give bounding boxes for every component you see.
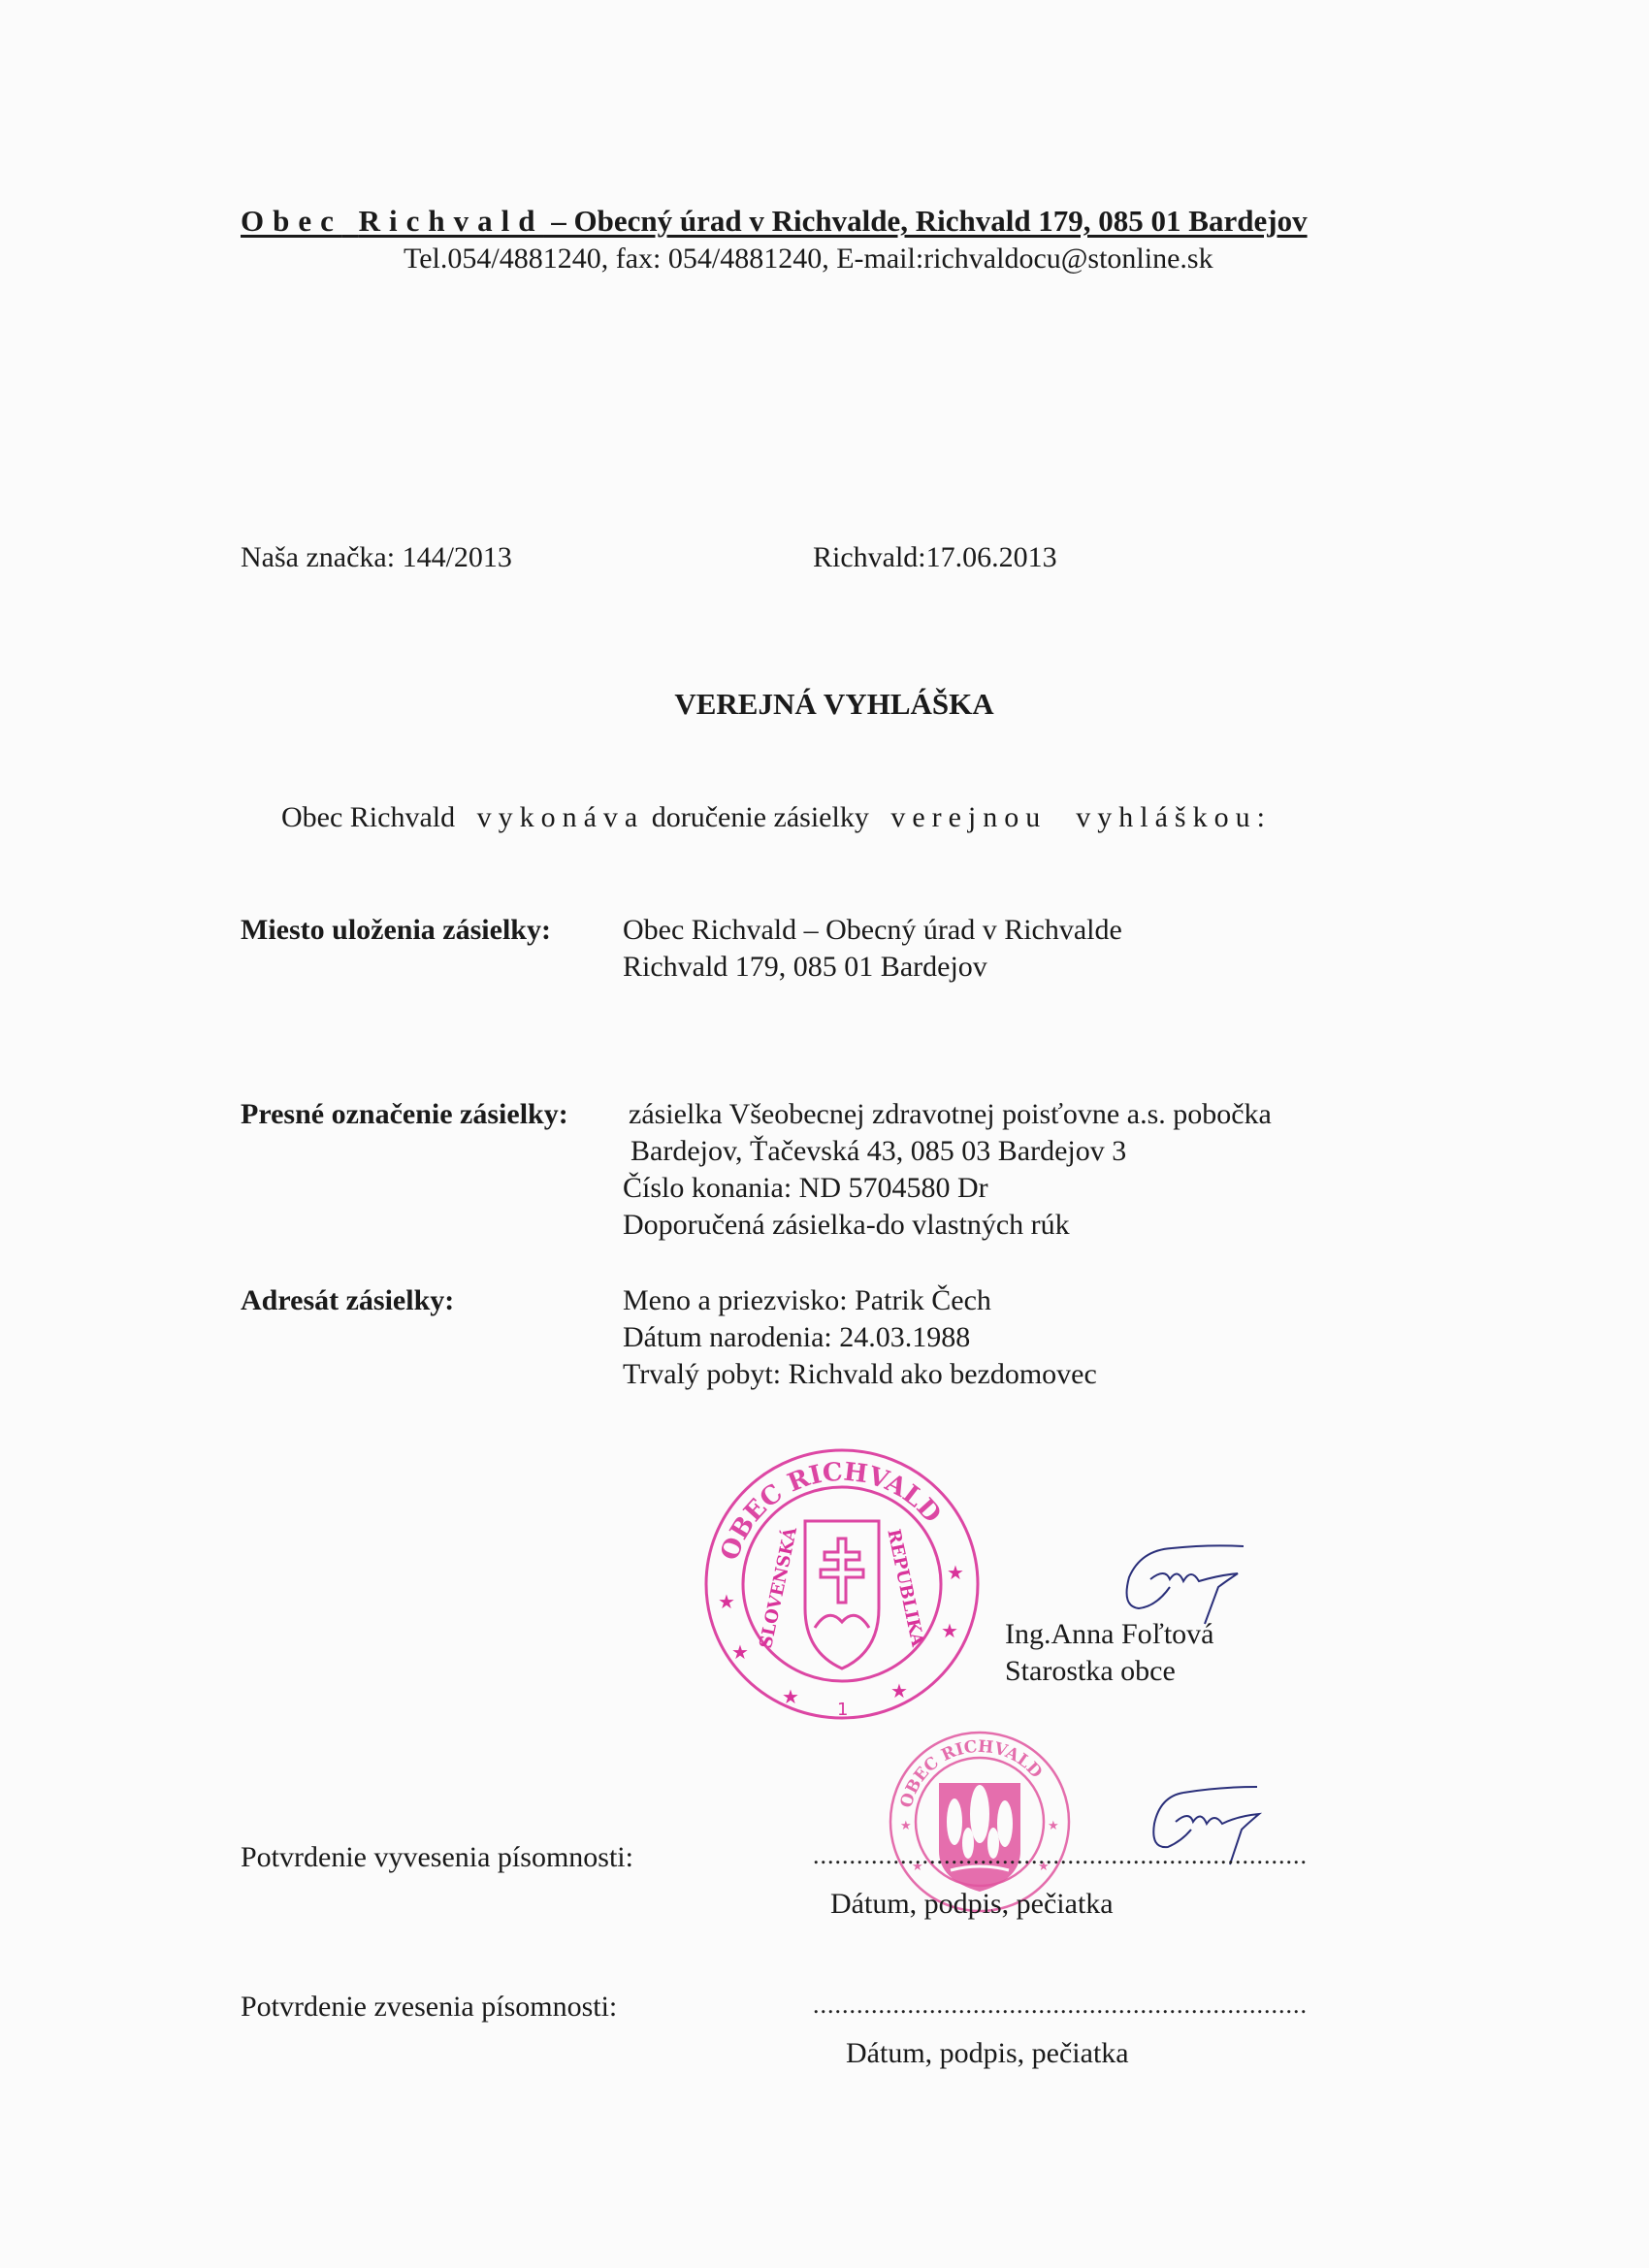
svg-text:★: ★: [890, 1679, 908, 1702]
svg-text:REPUBLIKA: REPUBLIKA: [883, 1527, 927, 1649]
letterhead-rest: – Obecný úrad v Richvalde, Richvald 179,…: [543, 204, 1307, 238]
addressee-line: Trvalý pobyt: Richvald ako bezdomovec: [623, 1356, 1097, 1393]
designation-line: Doporučená zásielka-do vlastných rúk: [623, 1207, 1070, 1244]
designation-label: Presné označenie zásielky:: [241, 1096, 568, 1133]
addressee-line: Dátum narodenia: 24.03.1988: [623, 1319, 970, 1356]
signatory-name: Ing.Anna Foľtová: [1005, 1616, 1214, 1653]
letterhead-title: Obec Richvald – Obecný úrad v Richvalde,…: [241, 204, 1308, 239]
letterhead-contact: Tel.054/4881240, fax: 054/4881240, E-mai…: [404, 243, 1213, 275]
designation-line: Bardejov, Ťačevská 43, 085 03 Bardejov 3: [630, 1133, 1126, 1170]
reference-number: Naša značka: 144/2013: [241, 539, 512, 576]
posting-confirmation-label: Potvrdenie vyvesenia písomnosti:: [241, 1839, 633, 1876]
removal-caption: Dátum, podpis, pečiatka: [846, 2035, 1129, 2072]
posting-signature-line: ........................................…: [813, 1841, 1308, 1870]
svg-text:1: 1: [837, 1700, 848, 1720]
storage-place-label: Miesto uloženia zásielky:: [241, 912, 551, 949]
posting-caption: Dátum, podpis, pečiatka: [830, 1886, 1114, 1923]
svg-text:★: ★: [900, 1818, 912, 1832]
signatory-role: Starostka obce: [1005, 1653, 1176, 1690]
storage-place-line: Richvald 179, 085 01 Bardejov: [623, 949, 987, 986]
intro-part: Obec Richvald: [281, 801, 455, 833]
svg-text:★: ★: [941, 1619, 958, 1642]
intro-sentence: Obec Richvald vykonáva doručenie zásielk…: [281, 799, 1272, 836]
svg-text:★: ★: [718, 1590, 735, 1613]
letterhead-richvald: Richvald: [359, 204, 544, 238]
document-title: VEREJNÁ VYHLÁŠKA: [0, 687, 1649, 722]
removal-confirmation-label: Potvrdenie zvesenia písomnosti:: [241, 1989, 617, 2025]
state-stamp-icon: OBEC RICHVALD SLOVENSKÁ REPUBLIKA ★★★ ★★…: [696, 1443, 987, 1725]
intro-part: doručenie zásielky: [652, 801, 869, 833]
letterhead-obec: Obec: [241, 204, 342, 238]
intro-part: vyhláškou:: [1076, 801, 1272, 833]
svg-text:★: ★: [731, 1640, 749, 1664]
intro-part: vykonáva: [477, 801, 645, 833]
intro-part: verejnou: [890, 801, 1047, 833]
addressee-label: Adresát zásielky:: [241, 1282, 454, 1319]
addressee-line: Meno a priezvisko: Patrik Čech: [623, 1282, 991, 1319]
designation-line: Číslo konania: ND 5704580 Dr: [623, 1170, 988, 1207]
removal-signature-line: ........................................…: [813, 1991, 1308, 2020]
storage-place-line: Obec Richvald – Obecný úrad v Richvalde: [623, 912, 1122, 949]
svg-text:★: ★: [782, 1685, 799, 1708]
designation-line: zásielka Všeobecnej zdravotnej poisťovne…: [629, 1096, 1272, 1133]
svg-text:★: ★: [1048, 1818, 1059, 1832]
place-date: Richvald:17.06.2013: [813, 539, 1057, 576]
svg-text:★: ★: [947, 1561, 964, 1584]
svg-text:SLOVENSKÁ: SLOVENSKÁ: [754, 1524, 801, 1650]
